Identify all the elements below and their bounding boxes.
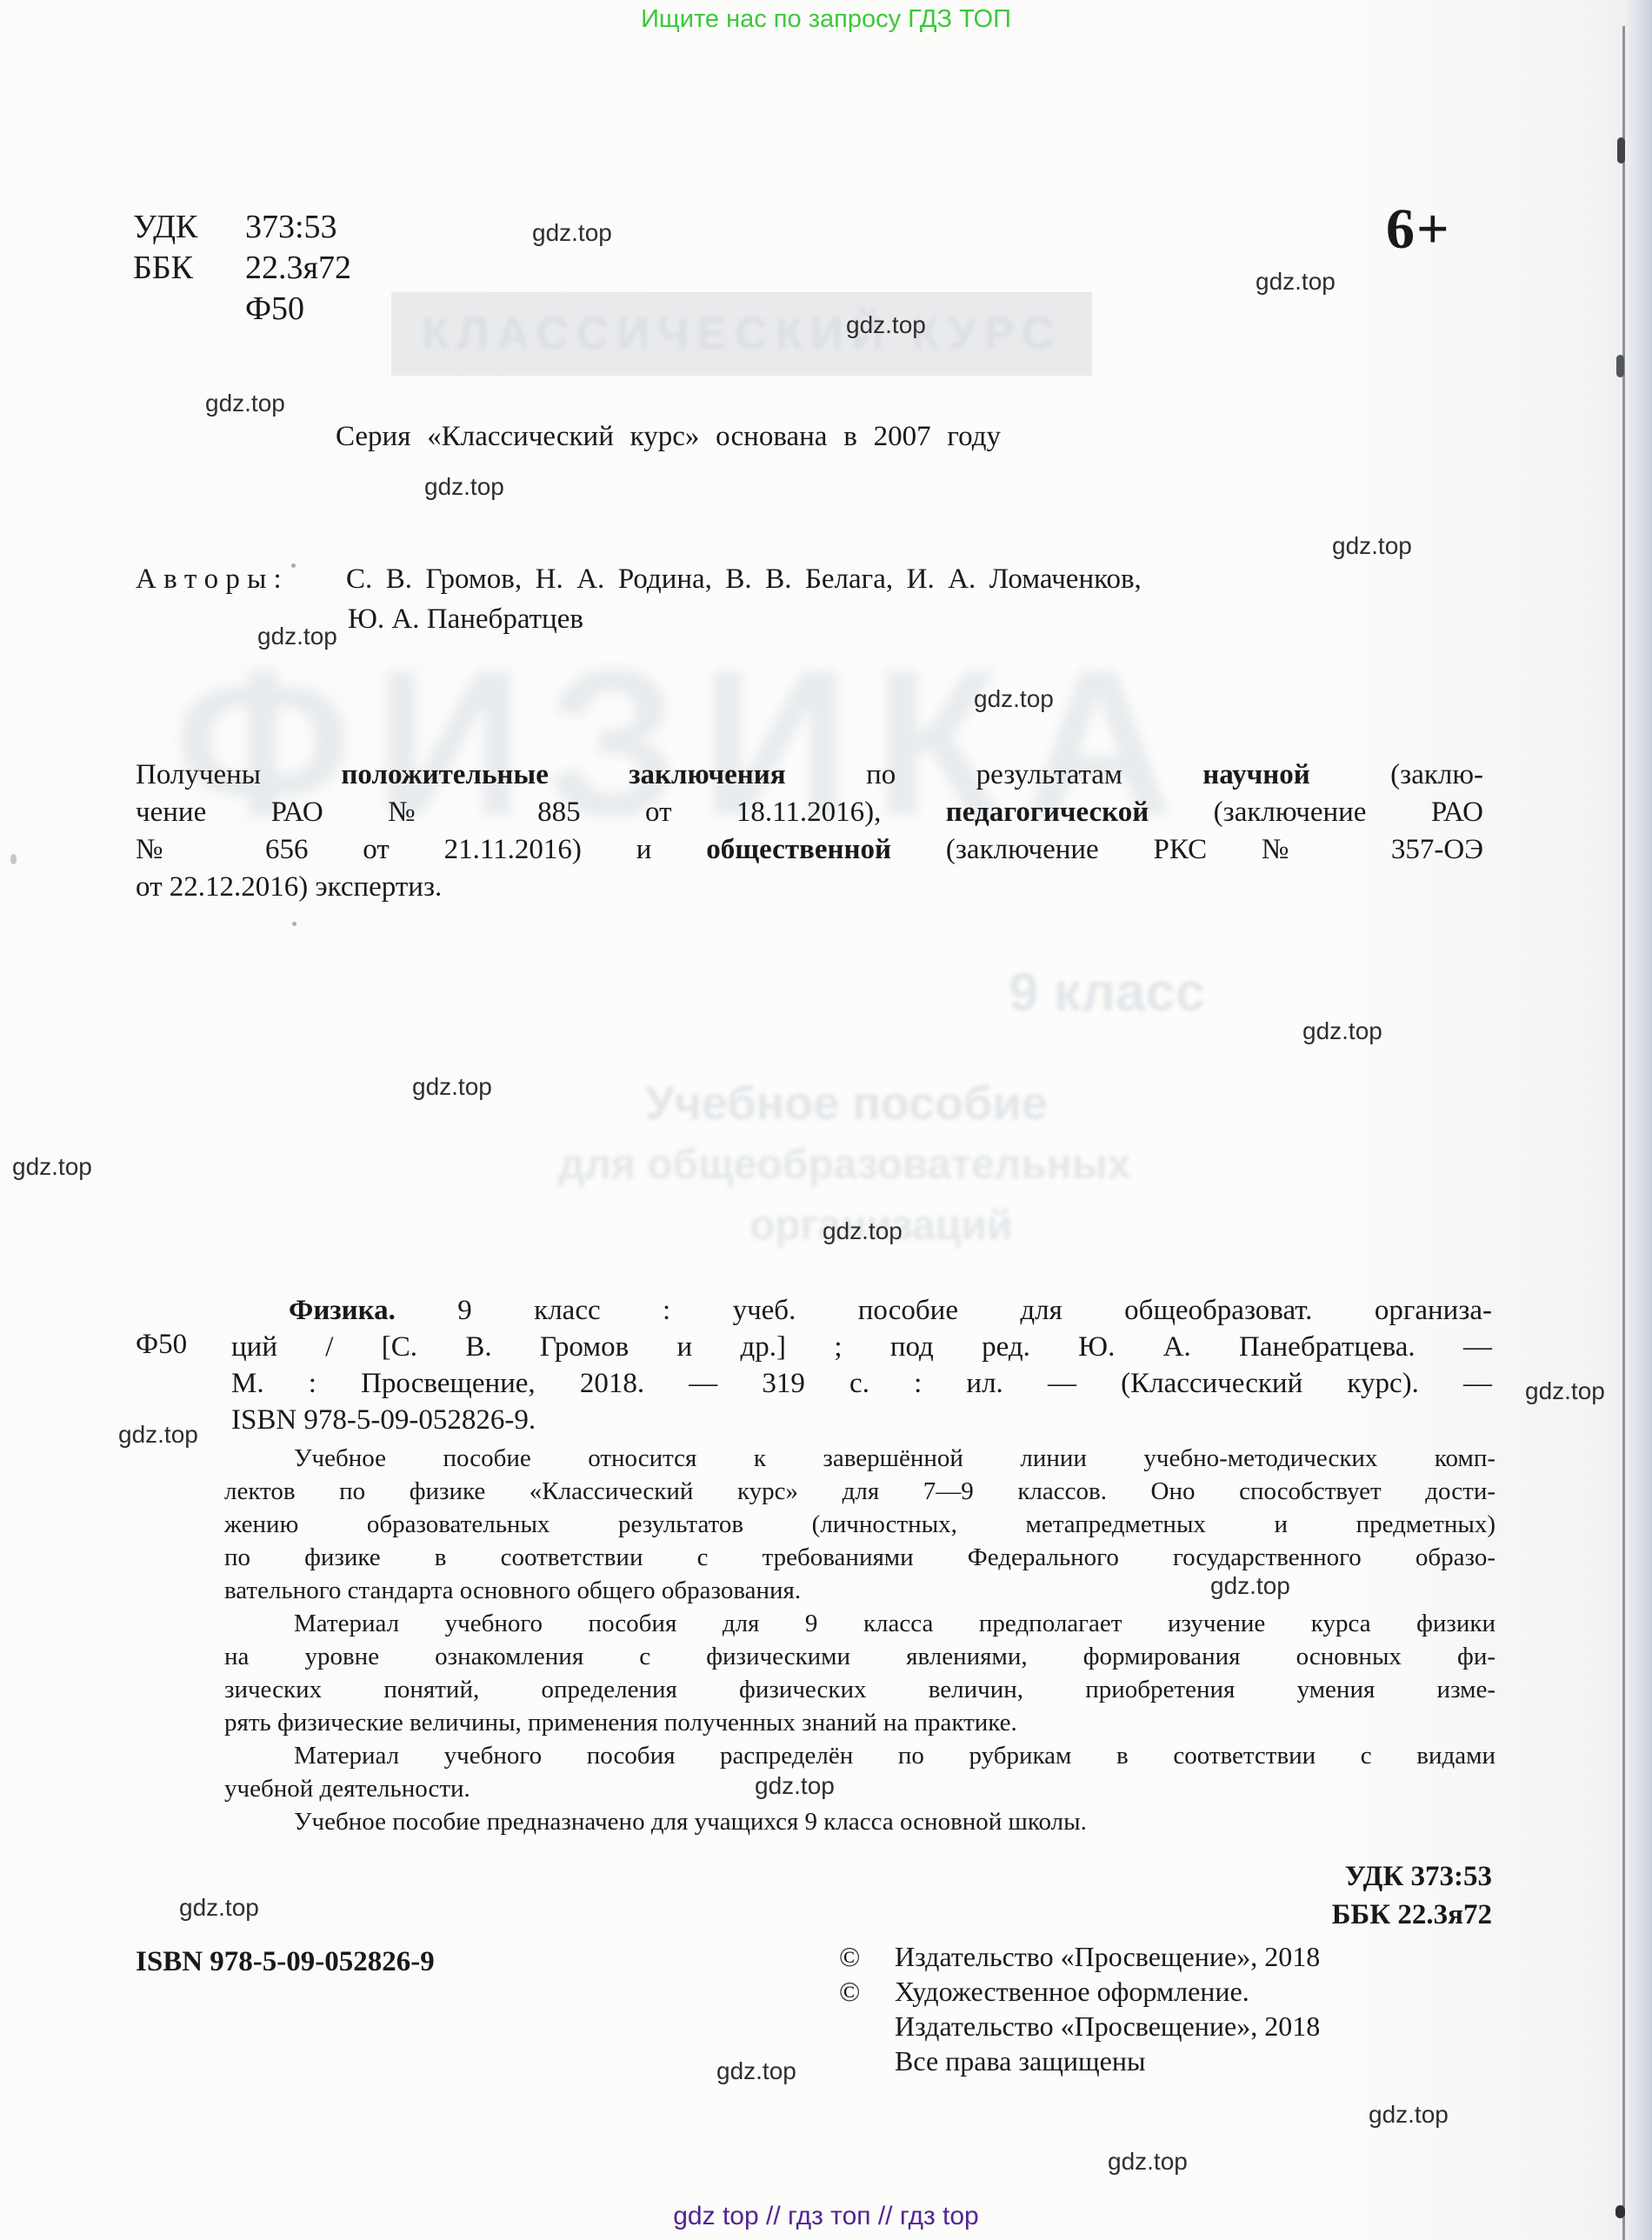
text-line: учебной деятельности. bbox=[224, 1772, 1495, 1805]
text-line: М. : Просвещение, 2018. — 319 с. : ил. —… bbox=[231, 1365, 1492, 1402]
showthrough-subtitle-2: для общеобразовательных bbox=[558, 1141, 1130, 1189]
scanned-book-imprint-page: КЛАССИЧЕСКИЙ КУРС ФИЗИКА 9 класс Учебное… bbox=[0, 0, 1652, 2240]
scan-artifact bbox=[1616, 355, 1624, 377]
text-line: чение РАО № 885 от 18.11.2016), педагоги… bbox=[136, 794, 1483, 831]
promo-footer-text: gdz top // гдз топ // гдз top bbox=[0, 2202, 1652, 2231]
copyright-row: ©Художественное оформление. bbox=[839, 1974, 1320, 2009]
gdz-watermark: gdz.top bbox=[205, 390, 285, 417]
gdz-watermark: gdz.top bbox=[1525, 1377, 1605, 1405]
copyright-text: Издательство «Просвещение», 2018 bbox=[895, 2010, 1320, 2042]
text-line: Материал учебного пособия распределён по… bbox=[224, 1739, 1495, 1772]
gdz-watermark: gdz.top bbox=[1108, 2148, 1188, 2176]
text-line: № 656 от 21.11.2016) и общественной (зак… bbox=[136, 831, 1483, 869]
text-line: жению образовательных результатов (лично… bbox=[224, 1508, 1495, 1541]
annotation-paragraph: Материал учебного пособия для 9 класса п… bbox=[224, 1607, 1495, 1739]
bbk-line: ББК22.3я72 bbox=[133, 248, 351, 289]
author-sign: Ф50 bbox=[245, 290, 304, 327]
udk-label: УДК bbox=[133, 207, 245, 248]
promo-header-text: Ищите нас по запросу ГДЗ ТОП bbox=[0, 5, 1652, 34]
text-line: от 22.12.2016) экспертиз. bbox=[136, 869, 1483, 906]
gdz-watermark: gdz.top bbox=[412, 1073, 492, 1101]
copyright-text: Художественное оформление. bbox=[895, 1976, 1249, 2007]
gdz-watermark: gdz.top bbox=[1302, 1017, 1382, 1045]
copyright-symbol: © bbox=[839, 1974, 895, 2009]
gdz-watermark: gdz.top bbox=[974, 685, 1054, 713]
gdz-watermark: gdz.top bbox=[424, 473, 504, 501]
gdz-watermark: gdz.top bbox=[1256, 268, 1336, 296]
bottom-udk: УДК 373:53 bbox=[1217, 1857, 1492, 1896]
copyright-row: Все права защищены bbox=[839, 2043, 1320, 2078]
text-line: ISBN 978-5-09-052826-9. bbox=[231, 1402, 1492, 1438]
text-line: ций / [С. В. Громов и др.] ; под ред. Ю.… bbox=[231, 1329, 1492, 1365]
classification-block: УДК373:53 ББК22.3я72 Ф50 bbox=[133, 207, 351, 330]
bibliographic-record: Физика. 9 класс : учеб. пособие для обще… bbox=[231, 1292, 1492, 1438]
authors-names-line2: Ю. А. Панебратцев bbox=[348, 603, 583, 636]
bbk-value: 22.3я72 bbox=[245, 250, 351, 286]
gdz-watermark: gdz.top bbox=[532, 219, 612, 247]
gdz-watermark: gdz.top bbox=[12, 1153, 92, 1181]
authors-label: А в т о р ы : bbox=[136, 563, 282, 596]
copyright-row: Издательство «Просвещение», 2018 bbox=[839, 2009, 1320, 2043]
showthrough-series-band: КЛАССИЧЕСКИЙ КУРС bbox=[391, 292, 1092, 376]
author-sign-line: Ф50 bbox=[133, 289, 351, 330]
text-line: Физика. 9 класс : учеб. пособие для обще… bbox=[231, 1292, 1492, 1329]
text-line: вательного стандарта основного общего об… bbox=[224, 1574, 1495, 1607]
text-line: рять физические величины, применения пол… bbox=[224, 1706, 1495, 1739]
annotation-paragraph: Учебное пособие относится к завершённой … bbox=[224, 1442, 1495, 1607]
bottom-classification-codes: УДК 373:53 ББК 22.3я72 bbox=[1217, 1857, 1492, 1934]
text-line: на уровне ознакомления с физическими явл… bbox=[224, 1640, 1495, 1673]
expertise-paragraph: Получены положительные заключения по рез… bbox=[136, 757, 1483, 906]
copyright-row: ©Издательство «Просвещение», 2018 bbox=[839, 1939, 1320, 1974]
series-line: Серия «Классический курс» основана в 200… bbox=[336, 421, 1001, 453]
text-line: по физике в соответствии с требованиями … bbox=[224, 1541, 1495, 1574]
scan-speck bbox=[291, 563, 296, 568]
scan-speck bbox=[292, 922, 296, 926]
text-line: зических понятий, определения физических… bbox=[224, 1673, 1495, 1706]
gdz-watermark: gdz.top bbox=[823, 1217, 903, 1245]
gdz-watermark: gdz.top bbox=[755, 1772, 835, 1800]
gdz-watermark: gdz.top bbox=[257, 623, 337, 650]
udk-value: 373:53 bbox=[245, 209, 337, 245]
scan-artifact bbox=[1617, 137, 1625, 163]
annotation-text: Учебное пособие относится к завершённой … bbox=[224, 1442, 1495, 1838]
copyright-block: ©Издательство «Просвещение», 2018©Художе… bbox=[839, 1939, 1320, 2078]
text-line: Учебное пособие предназначено для учащих… bbox=[224, 1805, 1495, 1838]
gdz-watermark: gdz.top bbox=[1332, 532, 1412, 560]
showthrough-series-text: КЛАССИЧЕСКИЙ КУРС bbox=[422, 308, 1062, 360]
showthrough-subtitle-1: Учебное пособие bbox=[645, 1077, 1048, 1130]
authors-names-line1: С. В. Громов, Н. А. Родина, В. В. Белага… bbox=[346, 563, 1142, 596]
gdz-watermark: gdz.top bbox=[118, 1421, 198, 1449]
bib-author-sign: Ф50 bbox=[136, 1329, 187, 1361]
bottom-bbk: ББК 22.3я72 bbox=[1217, 1896, 1492, 1934]
copyright-text: Все права защищены bbox=[895, 2045, 1145, 2077]
bbk-label: ББК bbox=[133, 248, 245, 289]
age-rating-badge: 6+ bbox=[1386, 197, 1451, 263]
annotation-paragraph: Учебное пособие предназначено для учащих… bbox=[224, 1805, 1495, 1838]
page-edge-strip bbox=[1628, 0, 1652, 2240]
text-line: Материал учебного пособия для 9 класса п… bbox=[224, 1607, 1495, 1640]
gdz-watermark: gdz.top bbox=[179, 1894, 259, 1922]
copyright-text: Издательство «Просвещение», 2018 bbox=[895, 1941, 1320, 1972]
text-line: Учебное пособие относится к завершённой … bbox=[224, 1442, 1495, 1475]
text-line: лектов по физике «Классический курс» для… bbox=[224, 1475, 1495, 1508]
gdz-watermark: gdz.top bbox=[1369, 2101, 1449, 2129]
showthrough-grade: 9 класс bbox=[1009, 962, 1205, 1023]
udk-line: УДК373:53 bbox=[133, 207, 351, 248]
gdz-watermark: gdz.top bbox=[1210, 1572, 1290, 1600]
copyright-symbol: © bbox=[839, 1939, 895, 1974]
gdz-watermark: gdz.top bbox=[846, 311, 926, 339]
annotation-paragraph: Материал учебного пособия распределён по… bbox=[224, 1739, 1495, 1805]
scan-speck bbox=[10, 854, 17, 864]
text-line: Получены положительные заключения по рез… bbox=[136, 757, 1483, 794]
isbn-line: ISBN 978-5-09-052826-9 bbox=[136, 1946, 435, 1978]
gdz-watermark: gdz.top bbox=[716, 2057, 796, 2085]
